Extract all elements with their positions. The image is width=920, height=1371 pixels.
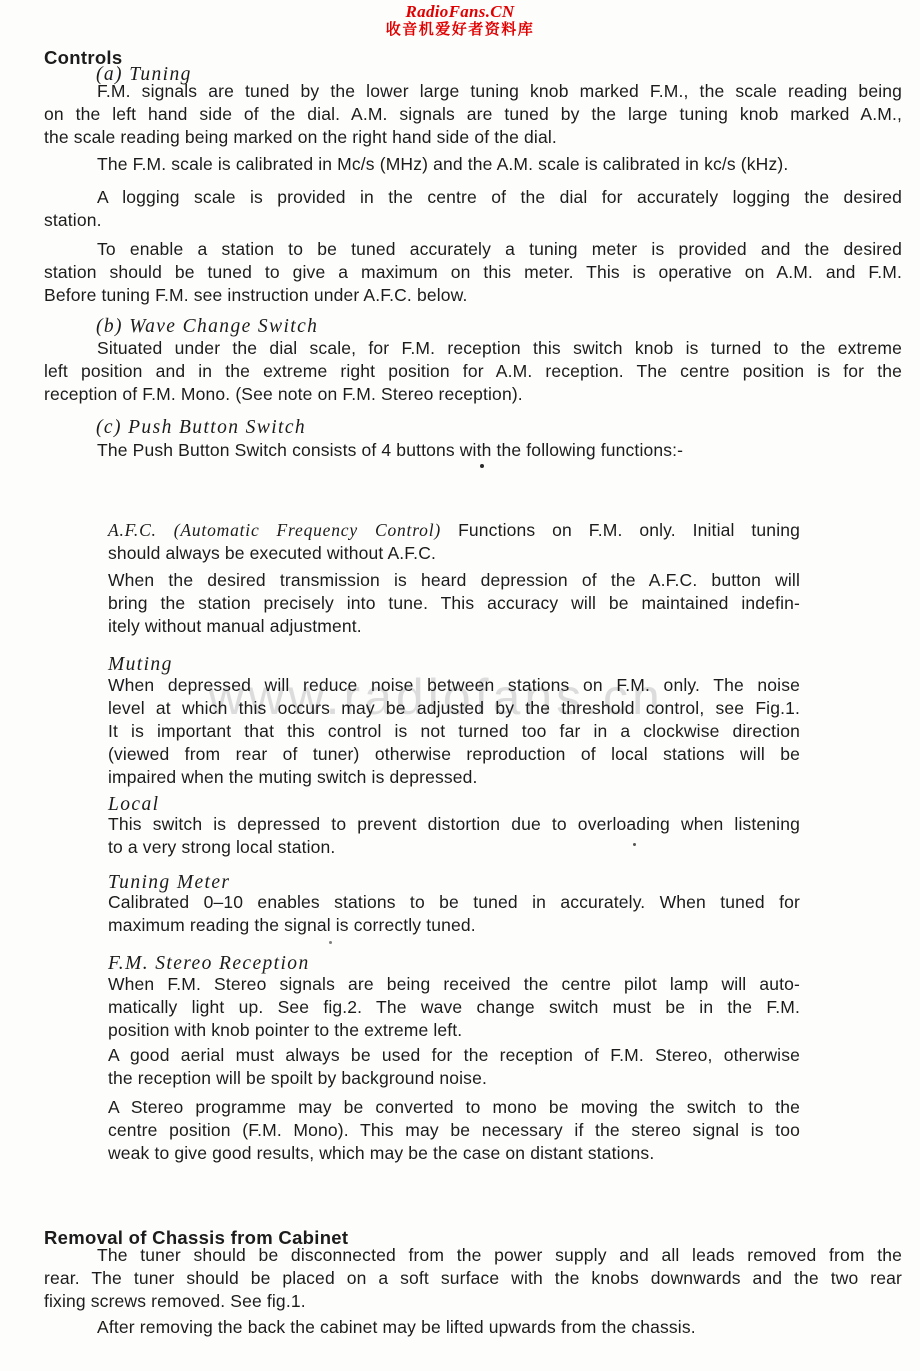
text-line: to a very strong local station.: [108, 836, 800, 859]
paragraph: Situated under the dial scale, for F.M. …: [44, 337, 902, 406]
scan-speck: [480, 464, 484, 468]
text-line: A Stereo programme may be converted to m…: [108, 1096, 800, 1119]
document-page: RadioFans.CN 收音机爱好者资料库 www.radiofans.cn …: [0, 0, 920, 1371]
paragraph: A Stereo programme may be converted to m…: [108, 1096, 800, 1165]
site-watermark-header: RadioFans.CN 收音机爱好者资料库: [0, 3, 920, 38]
text-line: level at which this occurs may be adjust…: [108, 697, 800, 720]
paragraph: A logging scale is provided in the centr…: [44, 186, 902, 232]
text-line: The F.M. scale is calibrated in Mc/s (MH…: [44, 153, 902, 176]
text-line: When the desired transmission is heard d…: [108, 569, 800, 592]
paragraph: This switch is depressed to prevent dist…: [108, 813, 800, 859]
heading-wave-change-switch: (b) Wave Change Switch: [96, 316, 318, 338]
text-line: fixing screws removed. See fig.1.: [44, 1290, 902, 1313]
heading-push-button-switch: (c) Push Button Switch: [96, 417, 306, 439]
paragraph: After removing the back the cabinet may …: [44, 1316, 902, 1339]
text-line: matically light up. See fig.2. The wave …: [108, 996, 800, 1019]
text-line: should always be executed without A.F.C.: [108, 542, 800, 565]
text-line: bring the station precisely into tune. T…: [108, 592, 800, 615]
paragraph: F.M. signals are tuned by the lower larg…: [44, 80, 902, 149]
paragraph: The tuner should be disconnected from th…: [44, 1244, 902, 1313]
paragraph: The Push Button Switch consists of 4 but…: [44, 439, 902, 462]
text-line: on the left hand side of the dial. A.M. …: [44, 103, 902, 126]
paragraph: When the desired transmission is heard d…: [108, 569, 800, 638]
text-line: impaired when the muting switch is depre…: [108, 766, 800, 789]
paragraph: To enable a station to be tuned accurate…: [44, 238, 902, 307]
text-line: itely without manual adjustment.: [108, 615, 800, 638]
heading-fm-stereo-reception: F.M. Stereo Reception: [108, 953, 310, 975]
text-line: Situated under the dial scale, for F.M. …: [44, 337, 902, 360]
paragraph: Calibrated 0–10 enables stations to be t…: [108, 891, 800, 937]
paragraph: The F.M. scale is calibrated in Mc/s (MH…: [44, 153, 902, 176]
italic-lead: A.F.C. (Automatic Frequency Control): [108, 520, 458, 540]
paragraph: When F.M. Stereo signals are being recei…: [108, 973, 800, 1042]
text-line: Before tuning F.M. see instruction under…: [44, 284, 902, 307]
site-tagline: 收音机爱好者资料库: [0, 21, 920, 38]
text-line: The tuner should be disconnected from th…: [44, 1244, 902, 1267]
text-line: the scale reading being marked on the ri…: [44, 126, 902, 149]
text-line: (viewed from rear of tuner) otherwise re…: [108, 743, 800, 766]
text-line: A good aerial must always be used for th…: [108, 1044, 800, 1067]
text-line: When depressed will reduce noise between…: [108, 674, 800, 697]
text-line: This switch is depressed to prevent dist…: [108, 813, 800, 836]
text-line: station should be tuned to give a maximu…: [44, 261, 902, 284]
text-line: When F.M. Stereo signals are being recei…: [108, 973, 800, 996]
paragraph: When depressed will reduce noise between…: [108, 674, 800, 789]
text-line: The Push Button Switch consists of 4 but…: [44, 439, 902, 462]
text-line: F.M. signals are tuned by the lower larg…: [44, 80, 902, 103]
text-line: left position and in the extreme right p…: [44, 360, 902, 383]
text-line: weak to give good results, which may be …: [108, 1142, 800, 1165]
text-line: position with knob pointer to the extrem…: [108, 1019, 800, 1042]
scan-speck: [329, 941, 332, 944]
paragraph-afc: A.F.C. (Automatic Frequency Control) Fun…: [108, 519, 800, 565]
heading-muting: Muting: [108, 654, 173, 676]
text-line: the reception will be spoilt by backgrou…: [108, 1067, 800, 1090]
text-line: A logging scale is provided in the centr…: [44, 186, 902, 209]
text-line: rear. The tuner should be placed on a so…: [44, 1267, 902, 1290]
text-line: station.: [44, 209, 902, 232]
text-line: After removing the back the cabinet may …: [44, 1316, 902, 1339]
text-line: To enable a station to be tuned accurate…: [44, 238, 902, 261]
text-line: centre position (F.M. Mono). This may be…: [108, 1119, 800, 1142]
text-line: A.F.C. (Automatic Frequency Control) Fun…: [108, 519, 800, 542]
paragraph: A good aerial must always be used for th…: [108, 1044, 800, 1090]
text-line: maximum reading the signal is correctly …: [108, 914, 800, 937]
text-line: It is important that this control is not…: [108, 720, 800, 743]
text-line: Calibrated 0–10 enables stations to be t…: [108, 891, 800, 914]
site-name: RadioFans.CN: [0, 3, 920, 21]
text-line: reception of F.M. Mono. (See note on F.M…: [44, 383, 902, 406]
